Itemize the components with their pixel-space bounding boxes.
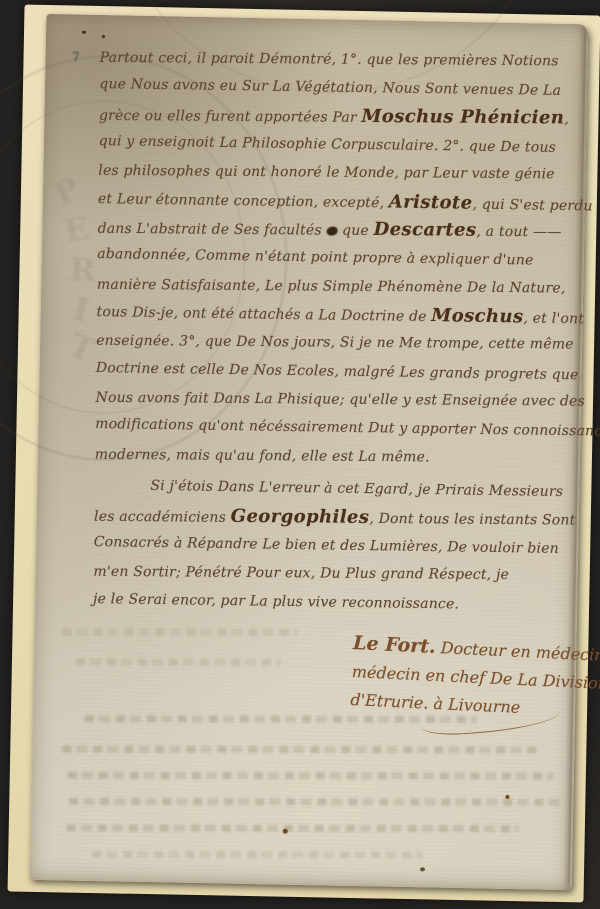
- line-text: tous Dis-je, ont été attachés a La Doctr…: [96, 304, 431, 325]
- line-text: modifications qu'ont nécéssairement Dut …: [95, 417, 600, 441]
- line-text: ,: [564, 111, 569, 127]
- line-text: qui y enseignoit La Philosophie Corpuscu…: [99, 133, 557, 156]
- bleedthrough-line: [67, 824, 519, 832]
- ink-speck: [82, 31, 86, 34]
- highlighted-name: Moschus Phénicien: [361, 106, 564, 129]
- bleedthrough-line: [62, 746, 540, 754]
- highlighted-name: Descartes: [374, 219, 477, 241]
- manuscript-line: je le Serai encor, par La plus vive reco…: [93, 585, 579, 621]
- foxing-spot: [505, 795, 509, 799]
- line-text: abandonnée, Comme n'étant point propre à…: [97, 246, 533, 268]
- line-text: grèce ou elles furent apportées Par: [99, 107, 362, 125]
- line-text: dans L'abstrait de Ses facultés: [98, 221, 327, 239]
- bleedthrough-line: [69, 798, 563, 806]
- bleedthrough-line: [68, 772, 554, 780]
- letter-body: Partout ceci, il paroit Démontré, 1°. qu…: [93, 43, 586, 620]
- bleedthrough-line: [92, 851, 422, 859]
- line-text: que Nous avons eu Sur La Végétation, Nou…: [99, 76, 561, 99]
- manuscript-page: P E R I T Partout ceci, il paroit Démont…: [30, 14, 589, 890]
- ink-speck: [102, 35, 105, 38]
- line-text: et Leur étonnante conception, excepté,: [98, 191, 389, 211]
- line-text: Nous avons fait Dans La Phisique; qu'ell…: [95, 390, 585, 410]
- ink-blot: [326, 227, 337, 236]
- manuscript-line: modernes, mais qu'au fond, elle est La m…: [95, 441, 581, 473]
- highlighted-name: Aristote: [389, 191, 473, 213]
- line-text: que: [337, 223, 373, 239]
- line-text: Si j'étois Dans L'erreur à cet Egard, je…: [150, 478, 563, 500]
- signer-title: Docteur en médecine,: [435, 638, 600, 666]
- line-text: Doctrine est celle De Nos Ecoles, malgré…: [96, 360, 579, 383]
- line-text: je le Serai encor, par La plus vive reco…: [93, 591, 459, 612]
- signature-block: Le Fort. Docteur en médecine, médecin en…: [350, 629, 564, 724]
- line-text: , a tout ——: [476, 224, 561, 241]
- bleedthrough-line: [63, 628, 298, 635]
- line-text: modernes, mais qu'au fond, elle est La m…: [95, 447, 430, 466]
- bleedthrough-line: [76, 658, 281, 665]
- line-text: enseignée. 3°, que De Nos jours, Si je n…: [96, 333, 574, 353]
- line-text: Consacrés à Répandre Le bien et des Lumi…: [94, 534, 559, 557]
- line-text: les philosophes qui ont honoré le Monde,…: [98, 163, 555, 183]
- scanned-sheet: P E R I T Partout ceci, il paroit Démont…: [8, 5, 600, 903]
- bleedthrough-line: [85, 715, 477, 723]
- line-text: m'en Sortir; Pénétré Pour eux, Du Plus g…: [93, 564, 509, 583]
- highlighted-name: Georgophiles: [231, 505, 370, 527]
- watermark-letter: R: [68, 250, 97, 289]
- line-text: Partout ceci, il paroit Démontré, 1°. qu…: [100, 50, 559, 70]
- line-text: , Dont tous les instants Sont: [369, 510, 575, 528]
- foxing-spot: [420, 867, 425, 871]
- pencil-mark: [73, 51, 79, 53]
- signer-name: Le Fort.: [353, 632, 437, 658]
- highlighted-name: Moschus: [431, 305, 523, 327]
- line-text: manière Satisfaisante, Le plus Simple Ph…: [97, 277, 566, 297]
- line-text: les accadémiciens: [94, 508, 231, 525]
- foxing-spot: [283, 829, 288, 834]
